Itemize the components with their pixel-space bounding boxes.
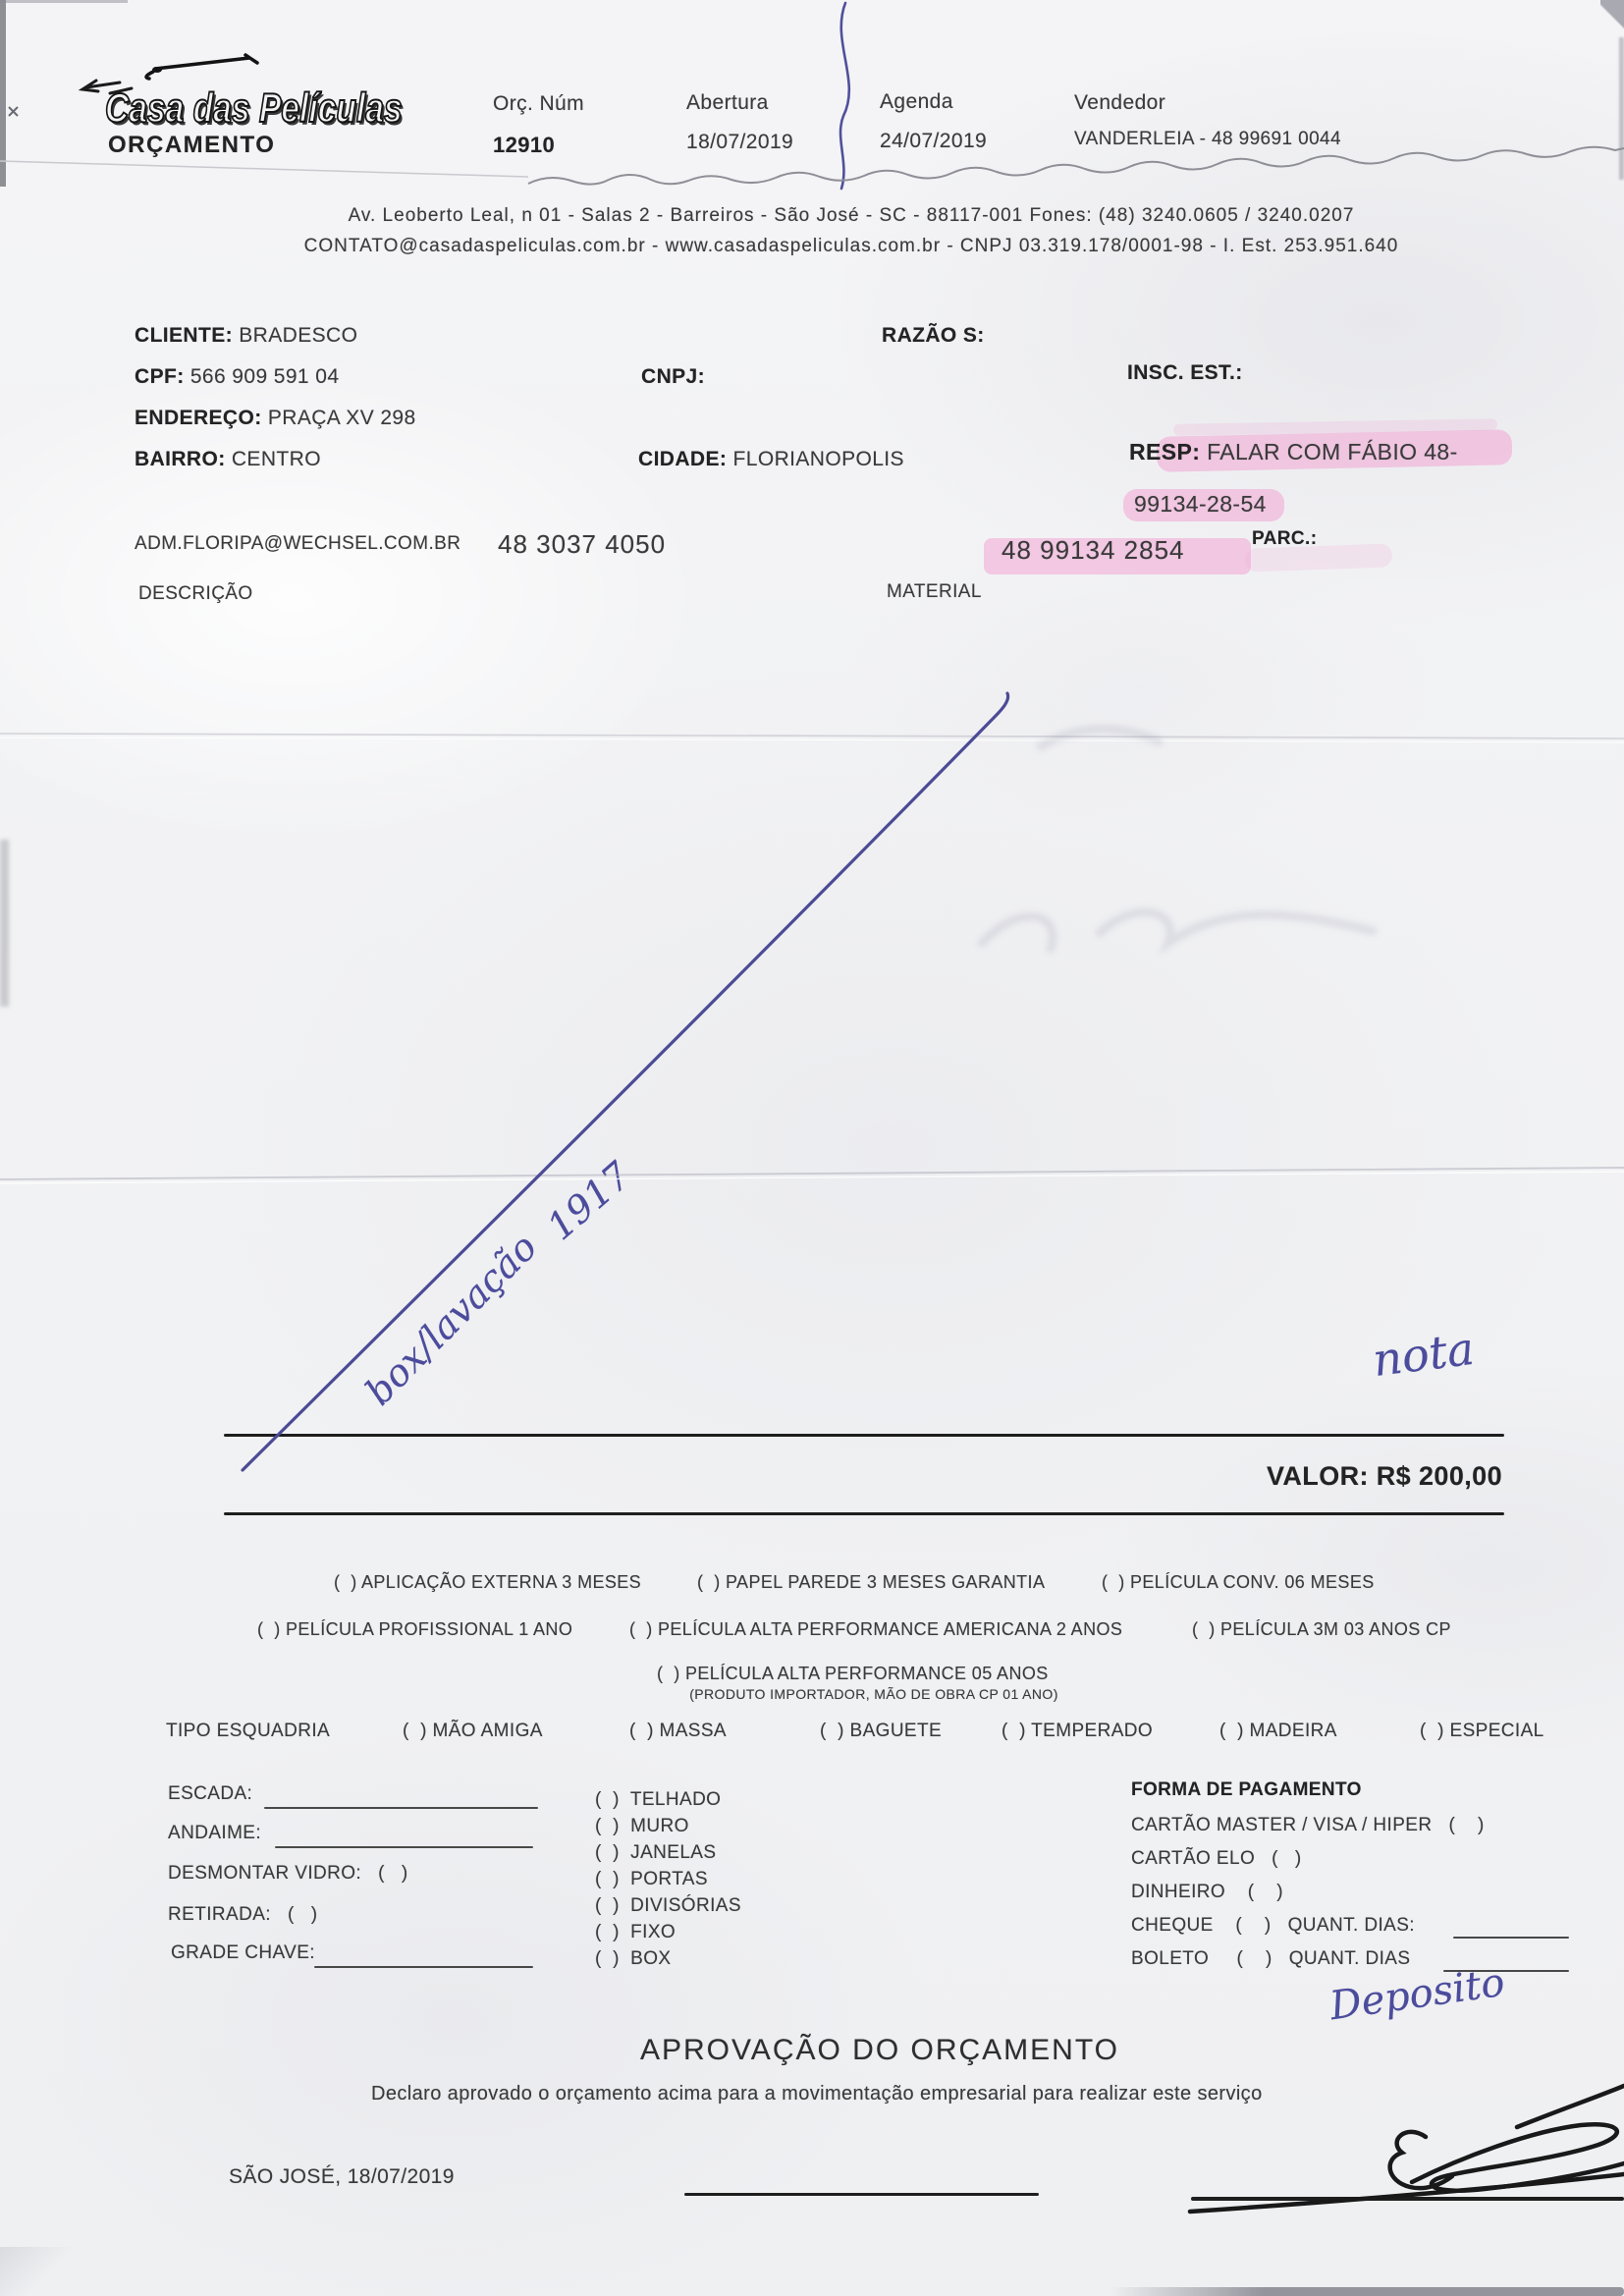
esquadria-option: ( ) MADEIRA: [1219, 1721, 1337, 1742]
resp-row: RESP: FALAR COM FÁBIO 48-: [1129, 439, 1458, 465]
vendedor-label: Vendedor: [1074, 91, 1165, 115]
parc-label: PARC.:: [1252, 528, 1317, 550]
warranty-option: ( ) PELÍCULA 3M 03 ANOS CP: [1192, 1619, 1451, 1640]
city-date: SÃO JOSÉ, 18/07/2019: [229, 2165, 455, 2189]
surface-option: ( ) FIXO: [595, 1922, 676, 1943]
cnpj-label: CNPJ:: [641, 365, 705, 389]
cheque-dias-blank-line: [1453, 1937, 1569, 1939]
warranty-option: ( ) APLICAÇÃO EXTERNA 3 MESES: [334, 1572, 641, 1593]
cidade-value: FLORIANOPOLIS: [727, 448, 904, 470]
address-line-2: CONTATO@casadaspeliculas.com.br - www.ca…: [79, 236, 1624, 257]
bairro-value: CENTRO: [226, 448, 321, 470]
esquadria-option: ( ) ESPECIAL: [1420, 1721, 1544, 1742]
scan-left-smudge: [0, 840, 9, 1007]
valor-rule-top: [224, 1434, 1504, 1437]
cliente-row: CLIENTE: BRADESCO: [135, 324, 357, 348]
paper-fold-crease-2-highlight: [0, 1172, 1624, 1183]
warranty-option: ( ) PELÍCULA PROFISSIONAL 1 ANO: [257, 1619, 572, 1640]
warranty-option: ( ) PELÍCULA CONV. 06 MESES: [1102, 1572, 1375, 1593]
scan-bottom-left-fold: [0, 2247, 79, 2296]
grade-chave-blank-line: [314, 1966, 533, 1968]
endereco-row: ENDEREÇO: PRAÇA XV 298: [135, 407, 416, 430]
paper-crease-left: [0, 161, 528, 177]
company-logo: Casa das Películas: [105, 84, 403, 132]
agenda-label: Agenda: [880, 90, 953, 114]
endereco-label: ENDEREÇO:: [135, 407, 262, 429]
cliente-label: CLIENTE:: [135, 324, 233, 347]
cidade-row: CIDADE: FLORIANOPOLIS: [638, 448, 904, 471]
paper-fold-crease-1: [0, 734, 1624, 738]
esquadria-option: ( ) MASSA: [629, 1721, 727, 1742]
surface-option: ( ) JANELAS: [595, 1842, 716, 1864]
pen-mark-x-left-edge: [9, 107, 18, 116]
payment-option-master: CARTÃO MASTER / VISA / HIPER ( ): [1131, 1815, 1485, 1836]
andaime-blank-line: [275, 1846, 533, 1848]
surface-option: ( ) BOX: [595, 1948, 672, 1970]
abertura-value: 18/07/2019: [686, 131, 793, 154]
warranty-option: ( ) PELÍCULA ALTA PERFORMANCE 05 ANOS: [657, 1664, 1049, 1684]
client-phone-mobile: 48 99134 2854: [1001, 536, 1185, 566]
agenda-value: 24/07/2019: [880, 130, 987, 153]
escada-label: ESCADA:: [168, 1783, 252, 1805]
payment-title: FORMA DE PAGAMENTO: [1131, 1779, 1362, 1801]
esquadria-label: TIPO ESQUADRIA: [166, 1721, 330, 1742]
handwritten-diagonal-note-number: 1917: [539, 1154, 639, 1249]
client-phone-fixed: 48 3037 4050: [498, 530, 666, 560]
approval-signature-line-middle: [684, 2193, 1039, 2196]
pen-stroke-nail-head: [152, 67, 162, 73]
surface-option: ( ) DIVISÓRIAS: [595, 1895, 741, 1917]
esquadria-option: ( ) BAGUETE: [820, 1721, 942, 1742]
warranty-option: ( ) PELÍCULA ALTA PERFORMANCE AMERICANA …: [629, 1619, 1122, 1640]
bairro-row: BAIRRO: CENTRO: [135, 448, 321, 471]
payment-option-dinheiro: DINHEIRO ( ): [1131, 1882, 1283, 1903]
client-email: ADM.FLORIPA@WECHSEL.COM.BR: [135, 533, 460, 555]
resp-label: RESP:: [1129, 439, 1200, 465]
approval-signature-line-right: [1191, 2197, 1624, 2201]
payment-option-boleto: BOLETO ( ) QUANT. DIAS: [1131, 1948, 1410, 1970]
payment-option-elo: CARTÃO ELO ( ): [1131, 1848, 1302, 1870]
boleto-dias-blank-line: [1443, 1970, 1569, 1972]
bairro-label: BAIRRO:: [135, 448, 226, 470]
scan-right-edge-shadow: [1619, 37, 1624, 180]
paper-fold-crease-2: [0, 1168, 1624, 1179]
vendedor-value: VANDERLEIA - 48 99691 0044: [1074, 129, 1341, 150]
scan-bottom-sliver: [1110, 2287, 1624, 2296]
handwritten-diagonal-note-text: box/lavação: [357, 1226, 546, 1414]
cpf-value: 566 909 591 04: [185, 365, 340, 388]
warranty-option-subnote: (PRODUTO IMPORTADOR, MÃO DE OBRA CP 01 A…: [628, 1686, 1119, 1702]
payment-option-cheque: CHEQUE ( ) QUANT. DIAS:: [1131, 1915, 1415, 1937]
cpf-label: CPF:: [135, 365, 185, 388]
paper-fold-crease-1-highlight: [0, 738, 1624, 742]
surface-option: ( ) MURO: [595, 1816, 689, 1837]
scan-left-edge-shadow: [0, 0, 6, 187]
esquadria-option: ( ) MÃO AMIGA: [403, 1721, 543, 1742]
resp-value-cont: 99134-28-54: [1134, 491, 1267, 517]
andaime-label: ANDAIME:: [168, 1823, 261, 1844]
surface-option: ( ) PORTAS: [595, 1869, 708, 1890]
razao-label: RAZÃO S:: [882, 324, 985, 348]
material-header: MATERIAL: [887, 581, 982, 603]
scan-top-edge-line: [0, 0, 128, 3]
grade-chave-label: GRADE CHAVE:: [171, 1942, 315, 1964]
ghost-bleedthrough-marks: [982, 730, 1373, 950]
approval-statement: Declaro aprovado o orçamento acima para …: [371, 2083, 1263, 2105]
surface-option: ( ) TELHADO: [595, 1789, 721, 1811]
desmontar-vidro-field: DESMONTAR VIDRO: ( ): [168, 1863, 408, 1885]
approval-title: APROVAÇÃO DO ORÇAMENTO: [640, 2034, 1119, 2068]
escada-blank-line: [264, 1807, 538, 1809]
warranty-option: ( ) PAPEL PAREDE 3 MESES GARANTIA: [697, 1572, 1045, 1593]
pen-stroke-blue-curve: [840, 3, 849, 189]
retirada-field: RETIRADA: ( ): [168, 1904, 317, 1926]
cliente-value: BRADESCO: [233, 324, 357, 347]
scanned-budget-document: Casa das Películas ORÇAMENTO Orç. Núm 12…: [0, 0, 1624, 2296]
endereco-value: PRAÇA XV 298: [262, 407, 416, 429]
handwritten-nota: nota: [1370, 1322, 1477, 1387]
pen-stroke-nail: [146, 55, 257, 79]
descricao-header: DESCRIÇÃO: [138, 583, 253, 605]
valor-amount: VALOR: R$ 200,00: [1080, 1461, 1502, 1492]
resp-value: FALAR COM FÁBIO 48-: [1200, 439, 1457, 465]
orc-num-label: Orç. Núm: [493, 92, 584, 116]
valor-rule-bottom: [224, 1512, 1504, 1515]
abertura-label: Abertura: [686, 91, 769, 115]
cidade-label: CIDADE:: [638, 448, 727, 470]
insc-est-label: INSC. EST.:: [1127, 361, 1243, 385]
cpf-row: CPF: 566 909 591 04: [135, 365, 339, 389]
esquadria-option: ( ) TEMPERADO: [1001, 1721, 1153, 1742]
address-line-1: Av. Leoberto Leal, n 01 - Salas 2 - Barr…: [79, 205, 1624, 227]
orc-num-value: 12910: [493, 133, 555, 157]
handwritten-diagonal-note: box/lavação1917: [293, 1113, 658, 1478]
doc-type-label: ORÇAMENTO: [108, 132, 275, 159]
